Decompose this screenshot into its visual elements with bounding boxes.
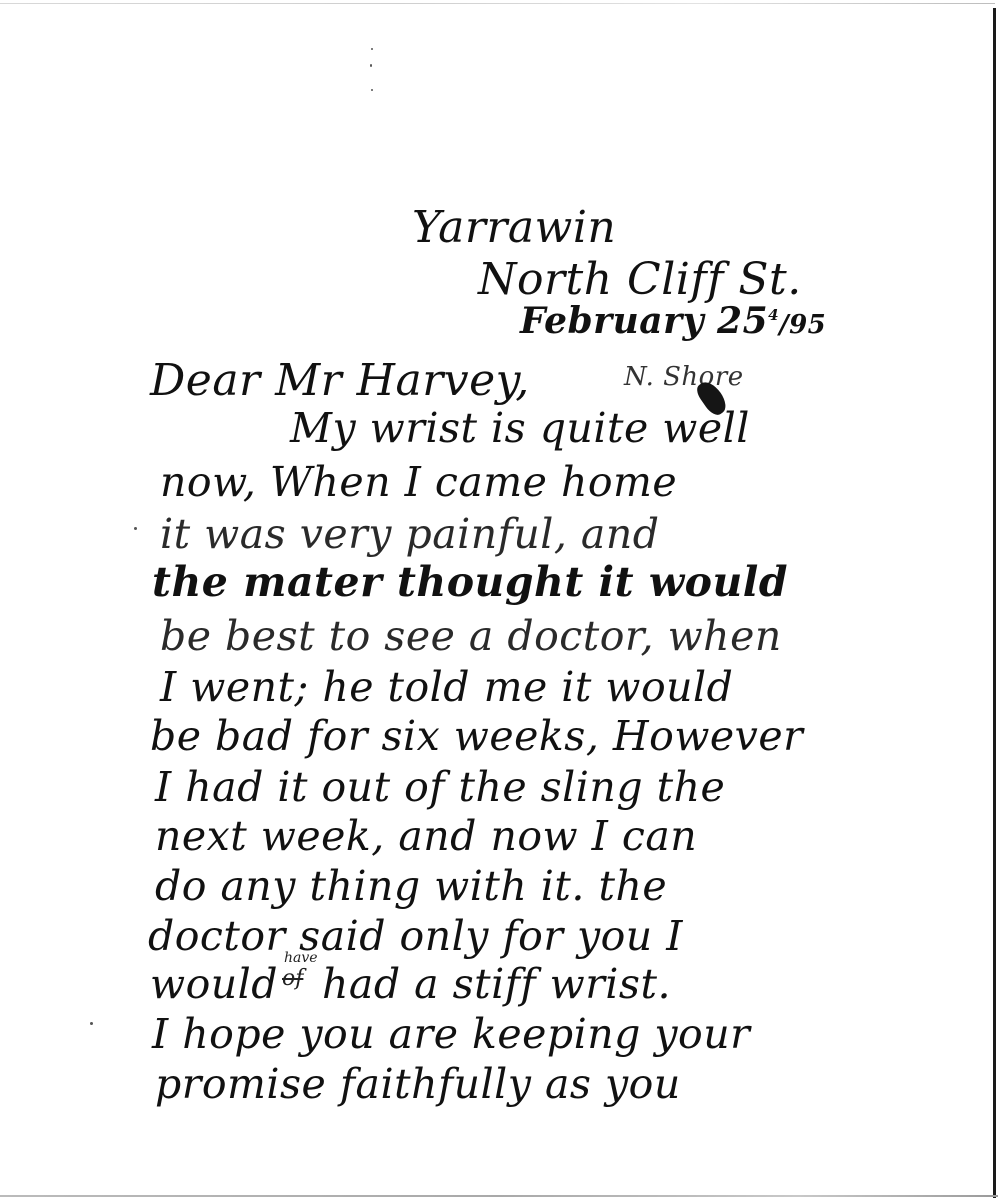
scan-edge-right (993, 8, 996, 1198)
letter-line-10: do any thing with it. the (155, 862, 667, 910)
letter-date-text: February 25 (520, 300, 768, 342)
letter-line-1: My wrist is quite well (290, 404, 750, 452)
scan-speck (90, 1022, 93, 1025)
letter-line-3: it was very painful, and (160, 510, 660, 558)
scan-edge-bottom (0, 1195, 998, 1197)
letter-line-14: promise faithfully as you (155, 1060, 681, 1108)
scan-speck (371, 89, 373, 91)
letter-line-6: I went; he told me it would (160, 663, 733, 711)
address-note: N. Shore (624, 362, 744, 392)
letter-date-superscript: 4 (768, 306, 779, 324)
address-street: North Cliff St. (478, 254, 802, 305)
correction-inserted-word: have (284, 950, 318, 966)
scanned-letter-page: Yarrawin North Cliff St. February 254/95… (0, 0, 999, 1203)
letter-line-2: now, When I came home (160, 458, 677, 506)
letter-line-11: doctor said only for you I (148, 912, 683, 960)
address-house-name: Yarrawin (412, 202, 616, 253)
letter-line-12-start: would (150, 960, 278, 1008)
scan-speck (371, 48, 373, 50)
scan-speck (134, 527, 137, 530)
scan-edge-top (0, 3, 995, 4)
letter-line-12-end: had a stiff wrist. (322, 960, 671, 1008)
letter-line-8: I had it out of the sling the (155, 763, 725, 811)
letter-date: February 254/95 (520, 300, 826, 342)
letter-line-9: next week, and now I can (155, 812, 697, 860)
scan-speck (370, 64, 372, 67)
correction-struck-word: of (282, 966, 303, 991)
letter-line-13: I hope you are keeping your (152, 1010, 750, 1058)
salutation: Dear Mr Harvey, (150, 355, 530, 406)
letter-line-5: be best to see a doctor, when (160, 612, 782, 660)
letter-line-7: be bad for six weeks, However (150, 712, 803, 760)
letter-year: 95 (789, 310, 826, 340)
letter-line-4: the mater thought it would (152, 558, 788, 606)
